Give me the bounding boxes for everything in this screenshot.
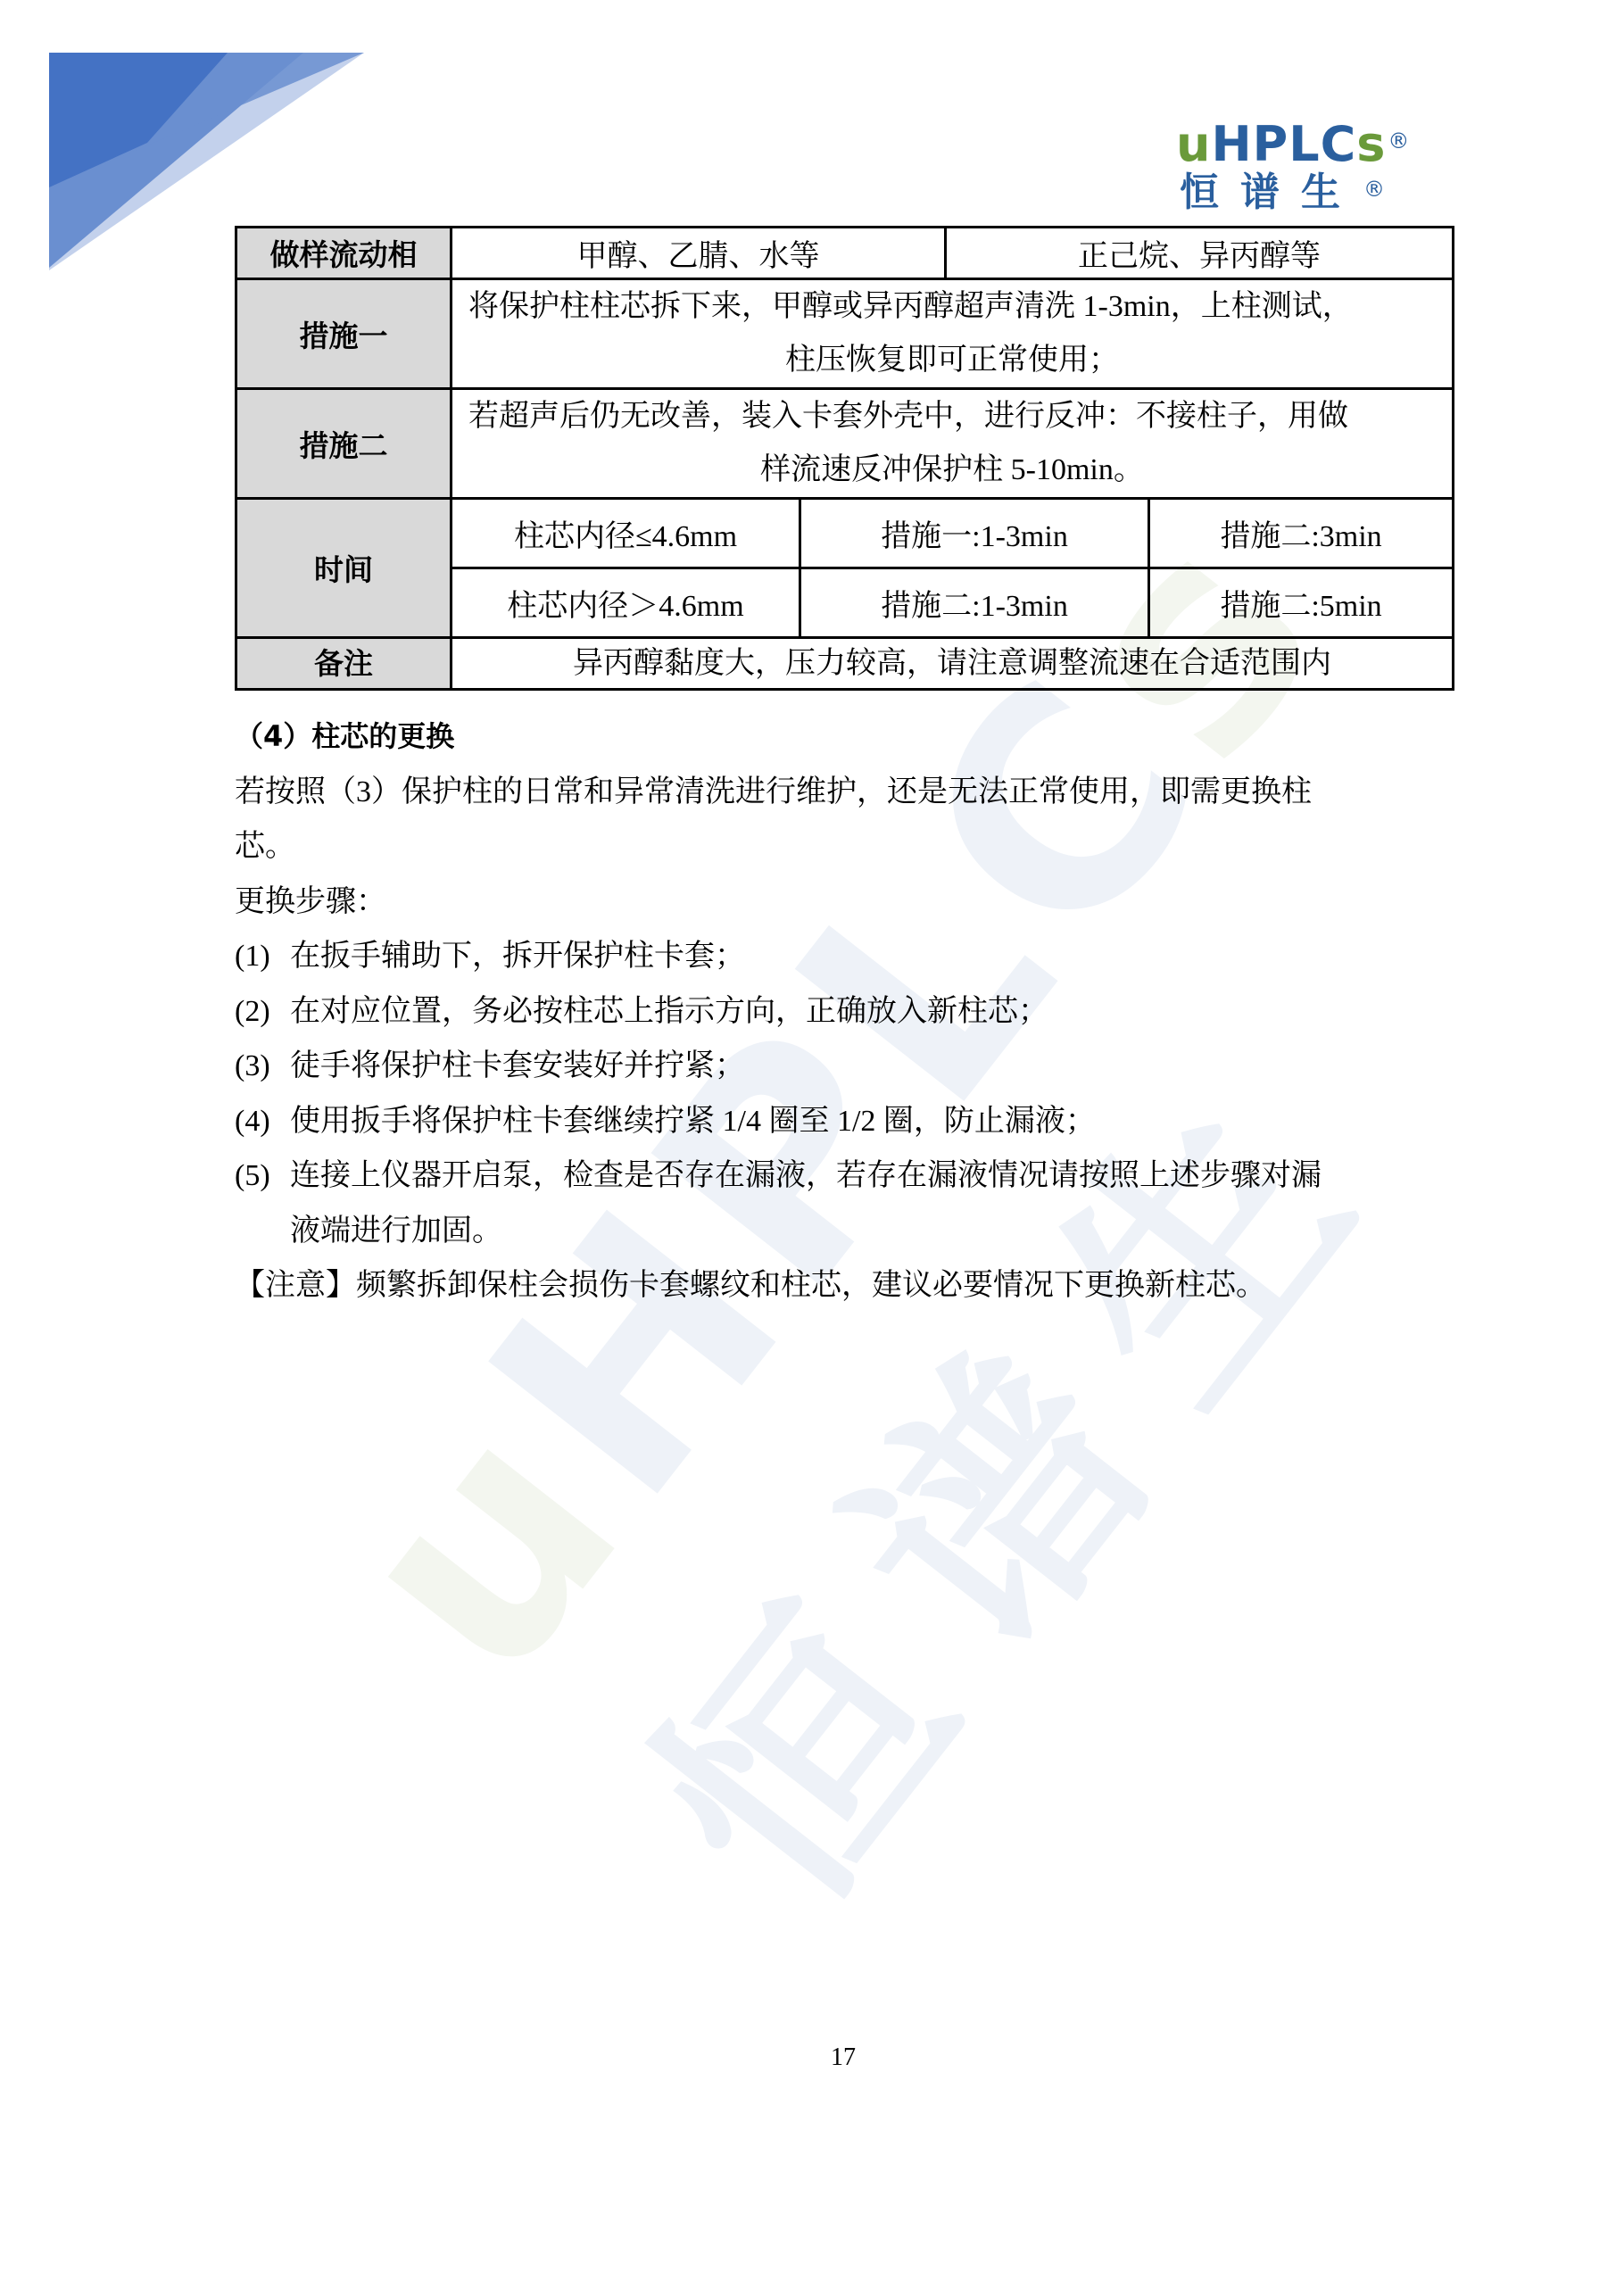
- logo-brand-text: uHPLCs®: [1176, 118, 1410, 171]
- section-content: （4）柱芯的更换 若按照（3）保护柱的日常和异常清洗进行维护，还是无法正常使用，…: [235, 709, 1466, 1314]
- row-header: 措施一: [236, 279, 452, 389]
- page-number: 17: [0, 2043, 1624, 2072]
- table-cell: 柱芯内径＞4.6mm: [452, 569, 800, 636]
- steps-label: 更换步骤：: [235, 874, 1466, 930]
- table-cell: 异丙醇黏度大，压力较高，请注意调整流速在合适范围内: [452, 638, 1454, 690]
- list-item: (5)连接上仪器开启泵，检查是否存在漏液，若存在漏液情况请按照上述步骤对漏: [235, 1148, 1466, 1204]
- list-item: (4)使用扳手将保护柱卡套继续拧紧 1/4 圈至 1/2 圈，防止漏液；: [235, 1094, 1466, 1149]
- table-cell: 措施一:1-3min: [800, 500, 1149, 567]
- row-header: 时间: [236, 499, 452, 638]
- table-cell: 措施二:5min: [1149, 569, 1453, 636]
- company-logo: uHPLCs® 恒谱生®: [1176, 118, 1444, 218]
- table-row-mobile-phase: 做样流动相 甲醇、乙腈、水等 正己烷、异丙醇等: [236, 228, 1454, 279]
- table-row-measure-two: 措施二 若超声后仍无改善，装入卡套外壳中，进行反冲：不接柱子，用做 样流速反冲保…: [236, 389, 1454, 499]
- row-header: 做样流动相: [236, 228, 452, 279]
- table-cell: 措施二:3min: [1149, 500, 1453, 567]
- list-item: (3)徒手将保护柱卡套安装好并拧紧；: [235, 1039, 1466, 1094]
- table-row-remarks: 备注 异丙醇黏度大，压力较高，请注意调整流速在合适范围内: [236, 638, 1454, 690]
- row-header: 措施二: [236, 389, 452, 499]
- list-item: (1)在扳手辅助下，拆开保护柱卡套；: [235, 929, 1466, 984]
- table-cell: 措施二:1-3min: [800, 569, 1149, 636]
- table-row-measure-one: 措施一 将保护柱柱芯拆下来，甲醇或异丙醇超声清洗 1-3min，上柱测试， 柱压…: [236, 279, 1454, 389]
- logo-chinese-name: 恒谱生®: [1180, 170, 1406, 216]
- list-item-continuation: 液端进行加固。: [235, 1204, 1466, 1259]
- table-cell: 甲醇、乙腈、水等: [452, 228, 946, 279]
- table-cell: 将保护柱柱芯拆下来，甲醇或异丙醇超声清洗 1-3min，上柱测试， 柱压恢复即可…: [452, 279, 1454, 389]
- row-header: 备注: [236, 638, 452, 690]
- list-item: (2)在对应位置，务必按柱芯上指示方向，正确放入新柱芯；: [235, 984, 1466, 1040]
- section-heading: （4）柱芯的更换: [235, 709, 1466, 765]
- table-cell: 若超声后仍无改善，装入卡套外壳中，进行反冲：不接柱子，用做 样流速反冲保护柱 5…: [452, 389, 1454, 499]
- paragraph: 若按照（3）保护柱的日常和异常清洗进行维护，还是无法正常使用，即需更换柱: [235, 765, 1466, 820]
- maintenance-table: 做样流动相 甲醇、乙腈、水等 正己烷、异丙醇等 措施一 将保护柱柱芯拆下来，甲醇…: [235, 226, 1454, 691]
- table-cell: 柱芯内径≤4.6mm: [452, 500, 800, 567]
- table-row-time: 时间 柱芯内径≤4.6mm 措施一:1-3min 措施二:3min: [236, 499, 1454, 568]
- note: 【注意】频繁拆卸保柱会损伤卡套螺纹和柱芯，建议必要情况下更换新柱芯。: [235, 1258, 1466, 1314]
- table-cell: 正己烷、异丙醇等: [946, 228, 1454, 279]
- paragraph: 芯。: [235, 819, 1466, 874]
